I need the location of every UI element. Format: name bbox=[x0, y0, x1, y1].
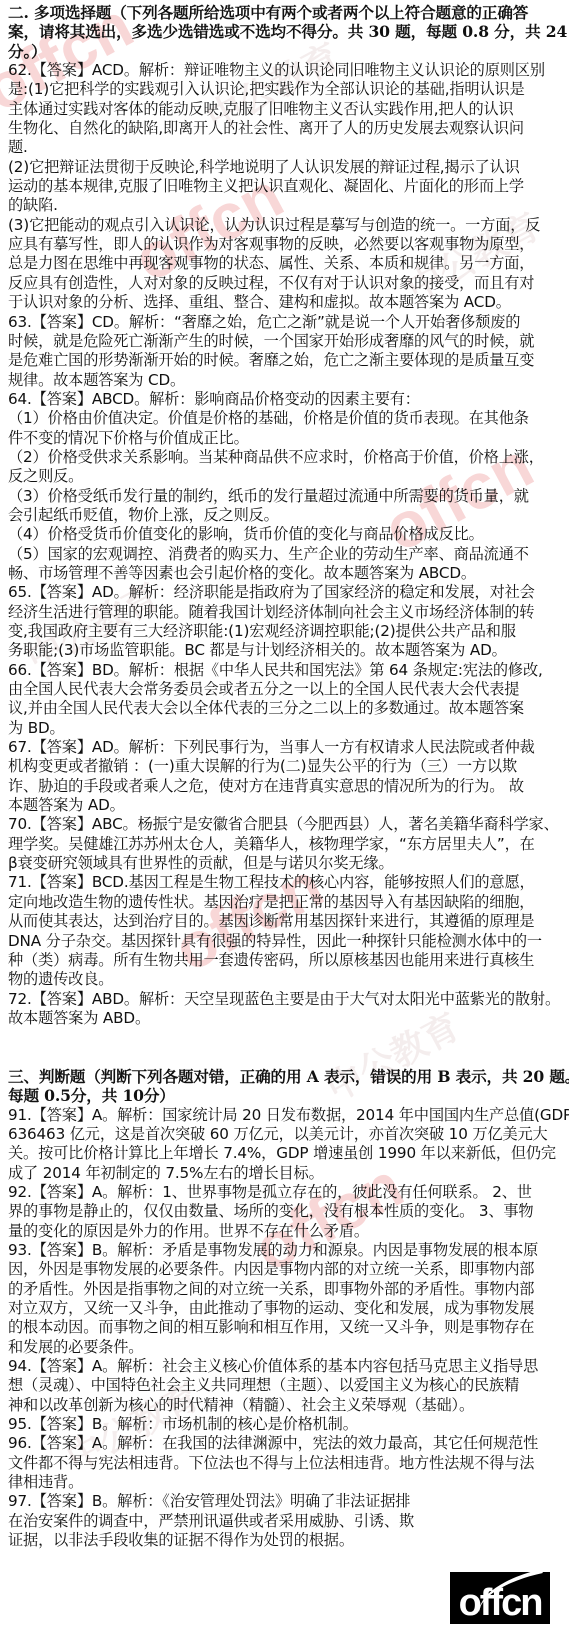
answer-line: β衰变研究领域具有世界性的贡献，但是与诺贝尔奖无缘。 bbox=[8, 854, 563, 873]
answer-line: 畅、市场管理不善等因素也会引起价格的变化。故本题答案为 ABCD。 bbox=[8, 564, 563, 583]
answer-line: 会引起纸币贬值，物价上涨，反之则反。 bbox=[8, 506, 563, 525]
answer-line: 96.【答案】A。解析：在我国的法律渊源中，宪法的效力最高，其它任何规范性 bbox=[8, 1434, 563, 1453]
answer-line: （4）价格受货币价值变化的影响，货币价值的变化与商品价格成反比。 bbox=[8, 525, 563, 544]
answer-line: 93.【答案】B。解析：矛盾是事物发展的动力和源泉。内因是事物发展的根本原 bbox=[8, 1241, 563, 1260]
answer-line: 636463 亿元，这是首次突破 60 万亿元，以美元计，亦首次突破 10 万亿… bbox=[8, 1125, 563, 1144]
answer-line: 94.【答案】A。解析：社会主义核心价值体系的基本内容包括马克思主义指导思 bbox=[8, 1357, 563, 1376]
answer-line bbox=[8, 1028, 563, 1047]
logo-text: offcn bbox=[459, 1584, 542, 1622]
answer-line: 物的遗传改良。 bbox=[8, 970, 563, 989]
answer-line: 在治安案件的调查中，严禁刑讯逼供或者采用威胁、引诱、欺 bbox=[8, 1512, 563, 1531]
answer-line: 由全国人民代表大会常务委员会或者五分之一以上的全国人民代表大会代表提 bbox=[8, 680, 563, 699]
answer-line: 想（灵魂）、中国特色社会主义共同理想（主题）、以爱国主义为核心的民族精 bbox=[8, 1376, 563, 1395]
offcn-logo: offcn bbox=[450, 1572, 550, 1624]
answer-line: 95.【答案】B。解析：市场机制的核心是价格机制。 bbox=[8, 1415, 563, 1434]
answer-line: (2)它把辩证法贯彻于反映论,科学地说明了人认识发展的辩证过程,揭示了认识 bbox=[8, 158, 563, 177]
section-heading: 分。） bbox=[8, 42, 563, 61]
answer-line: 反之则反。 bbox=[8, 467, 563, 486]
answer-line: 本题答案为 AD。 bbox=[8, 796, 563, 815]
answer-line: 律相违背。 bbox=[8, 1473, 563, 1492]
answer-line: 62.【答案】ACD。解析：辩证唯物主义的认识论同旧唯物主义认识论的原则区别 bbox=[8, 61, 563, 80]
answer-line: 界的事物是静止的，仅仅由数量、场所的变化，没有根本性质的变化。 3、事物 bbox=[8, 1202, 563, 1221]
answer-line: 63.【答案】CD。解析：“奢靡之始，危亡之渐”就是说一个人开始奢侈颓废的 bbox=[8, 313, 563, 332]
answer-line: 的矛盾性。外因是指事物之间的对立统一关系，即事物外部的矛盾性。事物内部 bbox=[8, 1280, 563, 1299]
answer-line: 件不变的情况下价格与价值成正比。 bbox=[8, 429, 563, 448]
answer-line: 因，外因是事物发展的必要条件。内因是事物内部的对立统一关系，即事物内部 bbox=[8, 1260, 563, 1279]
answer-line: 72.【答案】ABD。解析：天空呈现蓝色主要是由于大气对太阳光中蓝紫光的散射。 bbox=[8, 990, 563, 1009]
answer-document: 二. 多项选择题（下列各题所给选项中有两个或者两个以上符合题意的正确答 案，请将… bbox=[8, 3, 563, 1551]
answer-line: 故本题答案为 ABD。 bbox=[8, 1009, 563, 1028]
answer-line: 97.【答案】B。解析：《治安管理处罚法》明确了非法证据排 bbox=[8, 1492, 563, 1511]
answer-line: 92.【答案】A。解析：1、世界事物是孤立存在的，彼此没有任何联系。 2、世 bbox=[8, 1183, 563, 1202]
answer-line: 总是力图在思维中再现客观事物的状态、属性、关系、本质和规律。另一方面， bbox=[8, 254, 563, 273]
answer-line: DNA 分子杂交。基因探针具有很强的特异性，因此一种探针只能检测水体中的一 bbox=[8, 932, 563, 951]
answer-line: 文件都不得与宪法相违背。下位法也不得与上位法相违背。地方性法规不得与法 bbox=[8, 1454, 563, 1473]
answer-line: 议,并由全国人民代表大会以全体代表的三分之二以上的多数通过。故本题答案 bbox=[8, 699, 563, 718]
answer-line: 务职能;(3)市场监管职能。BC 都是与计划经济相关的。故本题答案为 AD。 bbox=[8, 641, 563, 660]
answer-line: 运动的基本规律,克服了旧唯物主义把认识直观化、凝固化、片面化的形而上学 bbox=[8, 177, 563, 196]
answer-line: 种（类）病毒。所有生物共用一套遗传密码，所以原核基因也能用来进行真核生 bbox=[8, 951, 563, 970]
section-heading: 每题 0.5分，共 10分） bbox=[8, 1086, 563, 1105]
answer-line: 题. bbox=[8, 138, 563, 157]
answer-line: 70.【答案】ABC。杨振宁是安徽省合肥县（今肥西县）人，著名美籍华裔科学家、 bbox=[8, 815, 563, 834]
section-heading: 案，请将其选出，多选少选错选或不选均不得分。共 30 题，每题 0.8 分，共 … bbox=[8, 22, 563, 41]
answer-line: 规律。故本题答案为 CD。 bbox=[8, 371, 563, 390]
answer-line: 成了 2014 年初制定的 7.5%左右的增长目标。 bbox=[8, 1164, 563, 1183]
answer-line: 67.【答案】AD。解析：下列民事行为，当事人一方有权请求人民法院或者仲裁 bbox=[8, 738, 563, 757]
answer-line: 神和以改革创新为核心的时代精神（精髓）、社会主义荣辱观（基础）。 bbox=[8, 1396, 563, 1415]
answer-line: 时候，就是危险死亡渐渐产生的时候，一个国家开始形成奢靡的风气的时候，就 bbox=[8, 332, 563, 351]
answer-line: 64.【答案】ABCD。解析：影响商品价格变动的因素主要有： bbox=[8, 390, 563, 409]
answer-line: （5）国家的宏观调控、消费者的购买力、生产企业的劳动生产率、商品流通不 bbox=[8, 545, 563, 564]
answer-line: 65.【答案】AD。解析：经济职能是指政府为了国家经济的稳定和发展，对社会 bbox=[8, 583, 563, 602]
answer-line: （2）价格受供求关系影响。当某种商品供不应求时，价格高于价值，价格上涨， bbox=[8, 448, 563, 467]
answer-line: （1）价格由价值决定。价值是价格的基础，价格是价值的货币表现。在其他条 bbox=[8, 409, 563, 428]
answer-line: 反应具有创造性，人对对象的反映过程，不仅有对于认识对象的接受，而且有对 bbox=[8, 274, 563, 293]
answer-line: 主体通过实践对客体的能动反映,克服了旧唯物主义否认实践作用,把人的认识 bbox=[8, 100, 563, 119]
answer-line: 量的变化的原因是外力的作用。世界不存在什么矛盾。 bbox=[8, 1222, 563, 1241]
answer-line: 于认识对象的分析、选择、重组、整合、建构和虚拟。故本题答案为 ACD。 bbox=[8, 293, 563, 312]
section-heading: 二. 多项选择题（下列各题所给选项中有两个或者两个以上符合题意的正确答 bbox=[8, 3, 563, 22]
answer-line: 对立双方，又统一又斗争，由此推动了事物的运动、变化和发展，成为事物发展 bbox=[8, 1299, 563, 1318]
answer-line: 机构变更或者撤销 ：(一)重大误解的行为(二)显失公平的行为（三）一方以欺 bbox=[8, 757, 563, 776]
answer-line: 诈、胁迫的手段或者乘人之危，使对方在违背真实意思的情况所为的行为。 故 bbox=[8, 777, 563, 796]
answer-line: 生物化、自然化的缺陷,即离开人的社会性、离开了人的历史发展去观察认识问 bbox=[8, 119, 563, 138]
answer-line: 91.【答案】A。解析：国家统计局 20 日发布数据，2014 年中国国内生产总… bbox=[8, 1106, 563, 1125]
answer-line: 经济生活进行管理的职能。随着我国计划经济体制向社会主义市场经济体制的转 bbox=[8, 603, 563, 622]
answer-line: 证据，以非法手段收集的证据不得作为处罚的根据。 bbox=[8, 1531, 563, 1550]
answer-line: (3)它把能动的观点引入认识论，认为认识过程是摹写与创造的统一。一方面，反 bbox=[8, 216, 563, 235]
answer-line: 变,我国政府主要有三大经济职能:(1)宏观经济调控职能;(2)提供公共产品和服 bbox=[8, 622, 563, 641]
blank-line bbox=[8, 1048, 563, 1067]
answer-line: 和发展的必要条件。 bbox=[8, 1338, 563, 1357]
answer-line: 关。按可比价格计算比上年增长 7.4%，GDP 增速虽创 1990 年以来新低，… bbox=[8, 1144, 563, 1163]
answer-line: 是:(1)它把科学的实践观引入认识论,把实践作为全部认识论的基础,指明认识是 bbox=[8, 80, 563, 99]
answer-line: 的缺陷. bbox=[8, 196, 563, 215]
answer-line: 的根本动因。而事物之间的相互影响和相互作用，又统一又斗争，则是事物存在 bbox=[8, 1318, 563, 1337]
section-heading: 三、判断题（判断下列各题对错，正确的用 A 表示，错误的用 B 表示，共 20 … bbox=[8, 1067, 563, 1086]
answer-line: 应具有摹写性，即人的认识作为对客观事物的反映，必然要以客观事物为原型， bbox=[8, 235, 563, 254]
answer-line: 定向地改造生物的遗传性状。基因治疗是把正常的基因导入有基因缺陷的细胞， bbox=[8, 893, 563, 912]
answer-line: 71.【答案】BCD.基因工程是生物工程技术的核心内容，能够按照人们的意愿， bbox=[8, 873, 563, 892]
answer-line: 理学奖。吴健雄江苏苏州太仓人，美籍华人，核物理学家，“东方居里夫人”，在 bbox=[8, 835, 563, 854]
answer-line: （3）价格受纸币发行量的制约，纸币的发行量超过流通中所需要的货币量，就 bbox=[8, 487, 563, 506]
answer-line: 从而使其表达，达到治疗目的。基因诊断常用基因探针来进行，其遵循的原理是 bbox=[8, 912, 563, 931]
answer-line: 为 BD。 bbox=[8, 719, 563, 738]
answer-line: 66.【答案】BD。解析：根据《中华人民共和国宪法》第 64 条规定:宪法的修改… bbox=[8, 661, 563, 680]
answer-line: 是危难亡国的形势渐渐开始的时候。奢靡之始，危亡之渐主要体现的是质量互变 bbox=[8, 351, 563, 370]
